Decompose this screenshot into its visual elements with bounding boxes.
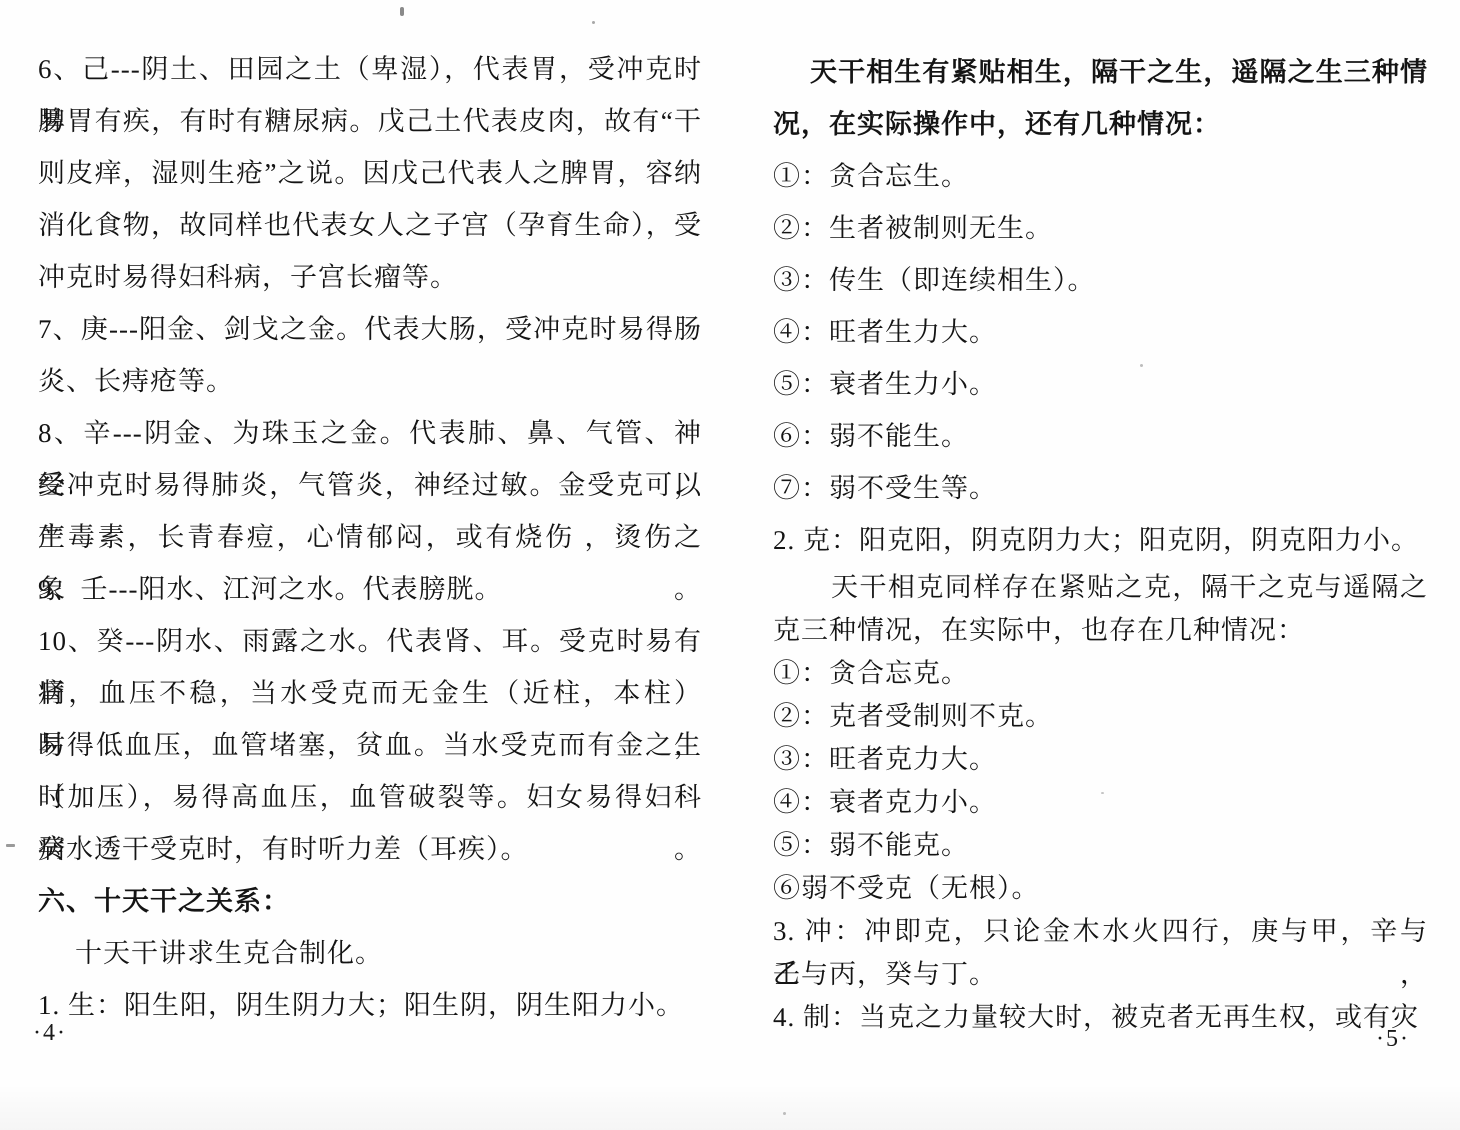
- list-item-line: ②：克者受制则不克。: [773, 695, 1428, 738]
- text-line: 十天干讲求生克合制化。: [38, 927, 702, 979]
- numbered-item-line: 4. 制：当克之力量较大时，被克者无再生权，或有灾: [773, 996, 1428, 1039]
- page-bottom-shadow: [0, 1084, 1460, 1130]
- paragraph-lead-line: 天干相生有紧贴相生，隔干之生，遥隔之生三种情: [773, 46, 1428, 98]
- text-line: 6、己---阴土、田园之土（卑湿），代表胃，受冲克时易: [38, 43, 702, 95]
- text-line: 7、庚---阳金、剑戈之金。代表大肠，受冲克时易得肠: [38, 303, 702, 355]
- list-item-line: ⑤：弱不能克。: [773, 824, 1428, 867]
- text-line: 炎、长痔疮等。: [38, 355, 702, 407]
- text-line: 1. 生：阳生阳，阴生阴力大；阳生阴，阴生阳力小。: [38, 979, 702, 1031]
- scan-speck: [400, 7, 404, 16]
- scan-speck: [783, 1112, 786, 1115]
- scan-speck: [1101, 792, 1104, 794]
- text-line: 10、癸---阴水、雨露之水。代表肾、耳。受克时易有肾: [38, 615, 702, 667]
- scan-speck: [592, 21, 595, 24]
- text-line: 冲克时易得妇科病，子宫长瘤等。: [38, 251, 702, 303]
- page-right: 天干相生有紧贴相生，隔干之生，遥隔之生三种情 况，在实际操作中，还有几种情况： …: [773, 0, 1428, 1039]
- text-line: 易得低血压，血管堵塞，贫血。当水受克而有金之生时: [38, 719, 702, 771]
- list-item-line: ④：旺者生力大。: [773, 306, 1428, 358]
- list-item-line: ③：旺者克力大。: [773, 738, 1428, 781]
- text-line: 受冲克时易得肺炎，气管炎，神经过敏。金受克可以生: [38, 459, 702, 511]
- list-item-line: ①：贪合忘克。: [773, 652, 1428, 695]
- page-left: 6、己---阴土、田园之土（卑湿），代表胃，受冲克时易 脾胃有疾，有时有糖尿病。…: [38, 0, 702, 1031]
- scan-speck: [1140, 364, 1143, 367]
- text-line: 则皮痒，湿则生疮”之说。因戊己代表人之脾胃，容纳: [38, 147, 702, 199]
- paragraph-line: 况，在实际操作中，还有几种情况：: [773, 98, 1428, 150]
- text-line: 产毒素，长青春痘，心情郁闷，或有烧伤 ，烫伤之象。: [38, 511, 702, 563]
- list-item-line: ③：传生（即连续相生）。: [773, 254, 1428, 306]
- list-item-line: ⑥弱不受克（无根）。: [773, 867, 1428, 910]
- list-item-line: ⑥：弱不能生。: [773, 410, 1428, 462]
- scan-speck: [6, 844, 15, 847]
- paragraph-lead-line: 天干相克同样存在紧贴之克，隔干之克与遥隔之: [773, 566, 1428, 609]
- section-heading-line: 六、十天干之关系：: [38, 875, 702, 927]
- list-item-line: ②：生者被制则无生。: [773, 202, 1428, 254]
- text-line: 消化食物，故同样也代表女人之子宫（孕育生命），受: [38, 199, 702, 251]
- page-number: ·5·: [1376, 1026, 1410, 1053]
- list-item-line: ④：衰者克力小。: [773, 781, 1428, 824]
- list-item-line: ⑦：弱不受生等。: [773, 462, 1428, 514]
- text-line: 病，血压不稳，当水受克而无金生（近柱，本柱）时，: [38, 667, 702, 719]
- text-line: 8、辛---阴金、为珠玉之金。代表肺、鼻、气管、神经，: [38, 407, 702, 459]
- book-scan-spread: 6、己---阴土、田园之土（卑湿），代表胃，受冲克时易 脾胃有疾，有时有糖尿病。…: [0, 0, 1460, 1130]
- list-item-line: ①：贪合忘生。: [773, 150, 1428, 202]
- paragraph-line: 克三种情况，在实际中，也存在几种情况：: [773, 609, 1428, 652]
- numbered-item-line: 2. 克：阳克阳，阴克阴力大；阳克阴，阴克阳力小。: [773, 514, 1428, 566]
- text-line: （加压），易得高血压，血管破裂等。妇女易得妇科病。: [38, 771, 702, 823]
- text-line: 脾胃有疾，有时有糖尿病。戊己土代表皮肉，故有“干: [38, 95, 702, 147]
- numbered-item-line: 3. 冲：冲即克，只论金木水火四行，庚与甲，辛与乙，: [773, 910, 1428, 953]
- list-item-line: ⑤：衰者生力小。: [773, 358, 1428, 410]
- page-number: ·4·: [33, 1020, 67, 1047]
